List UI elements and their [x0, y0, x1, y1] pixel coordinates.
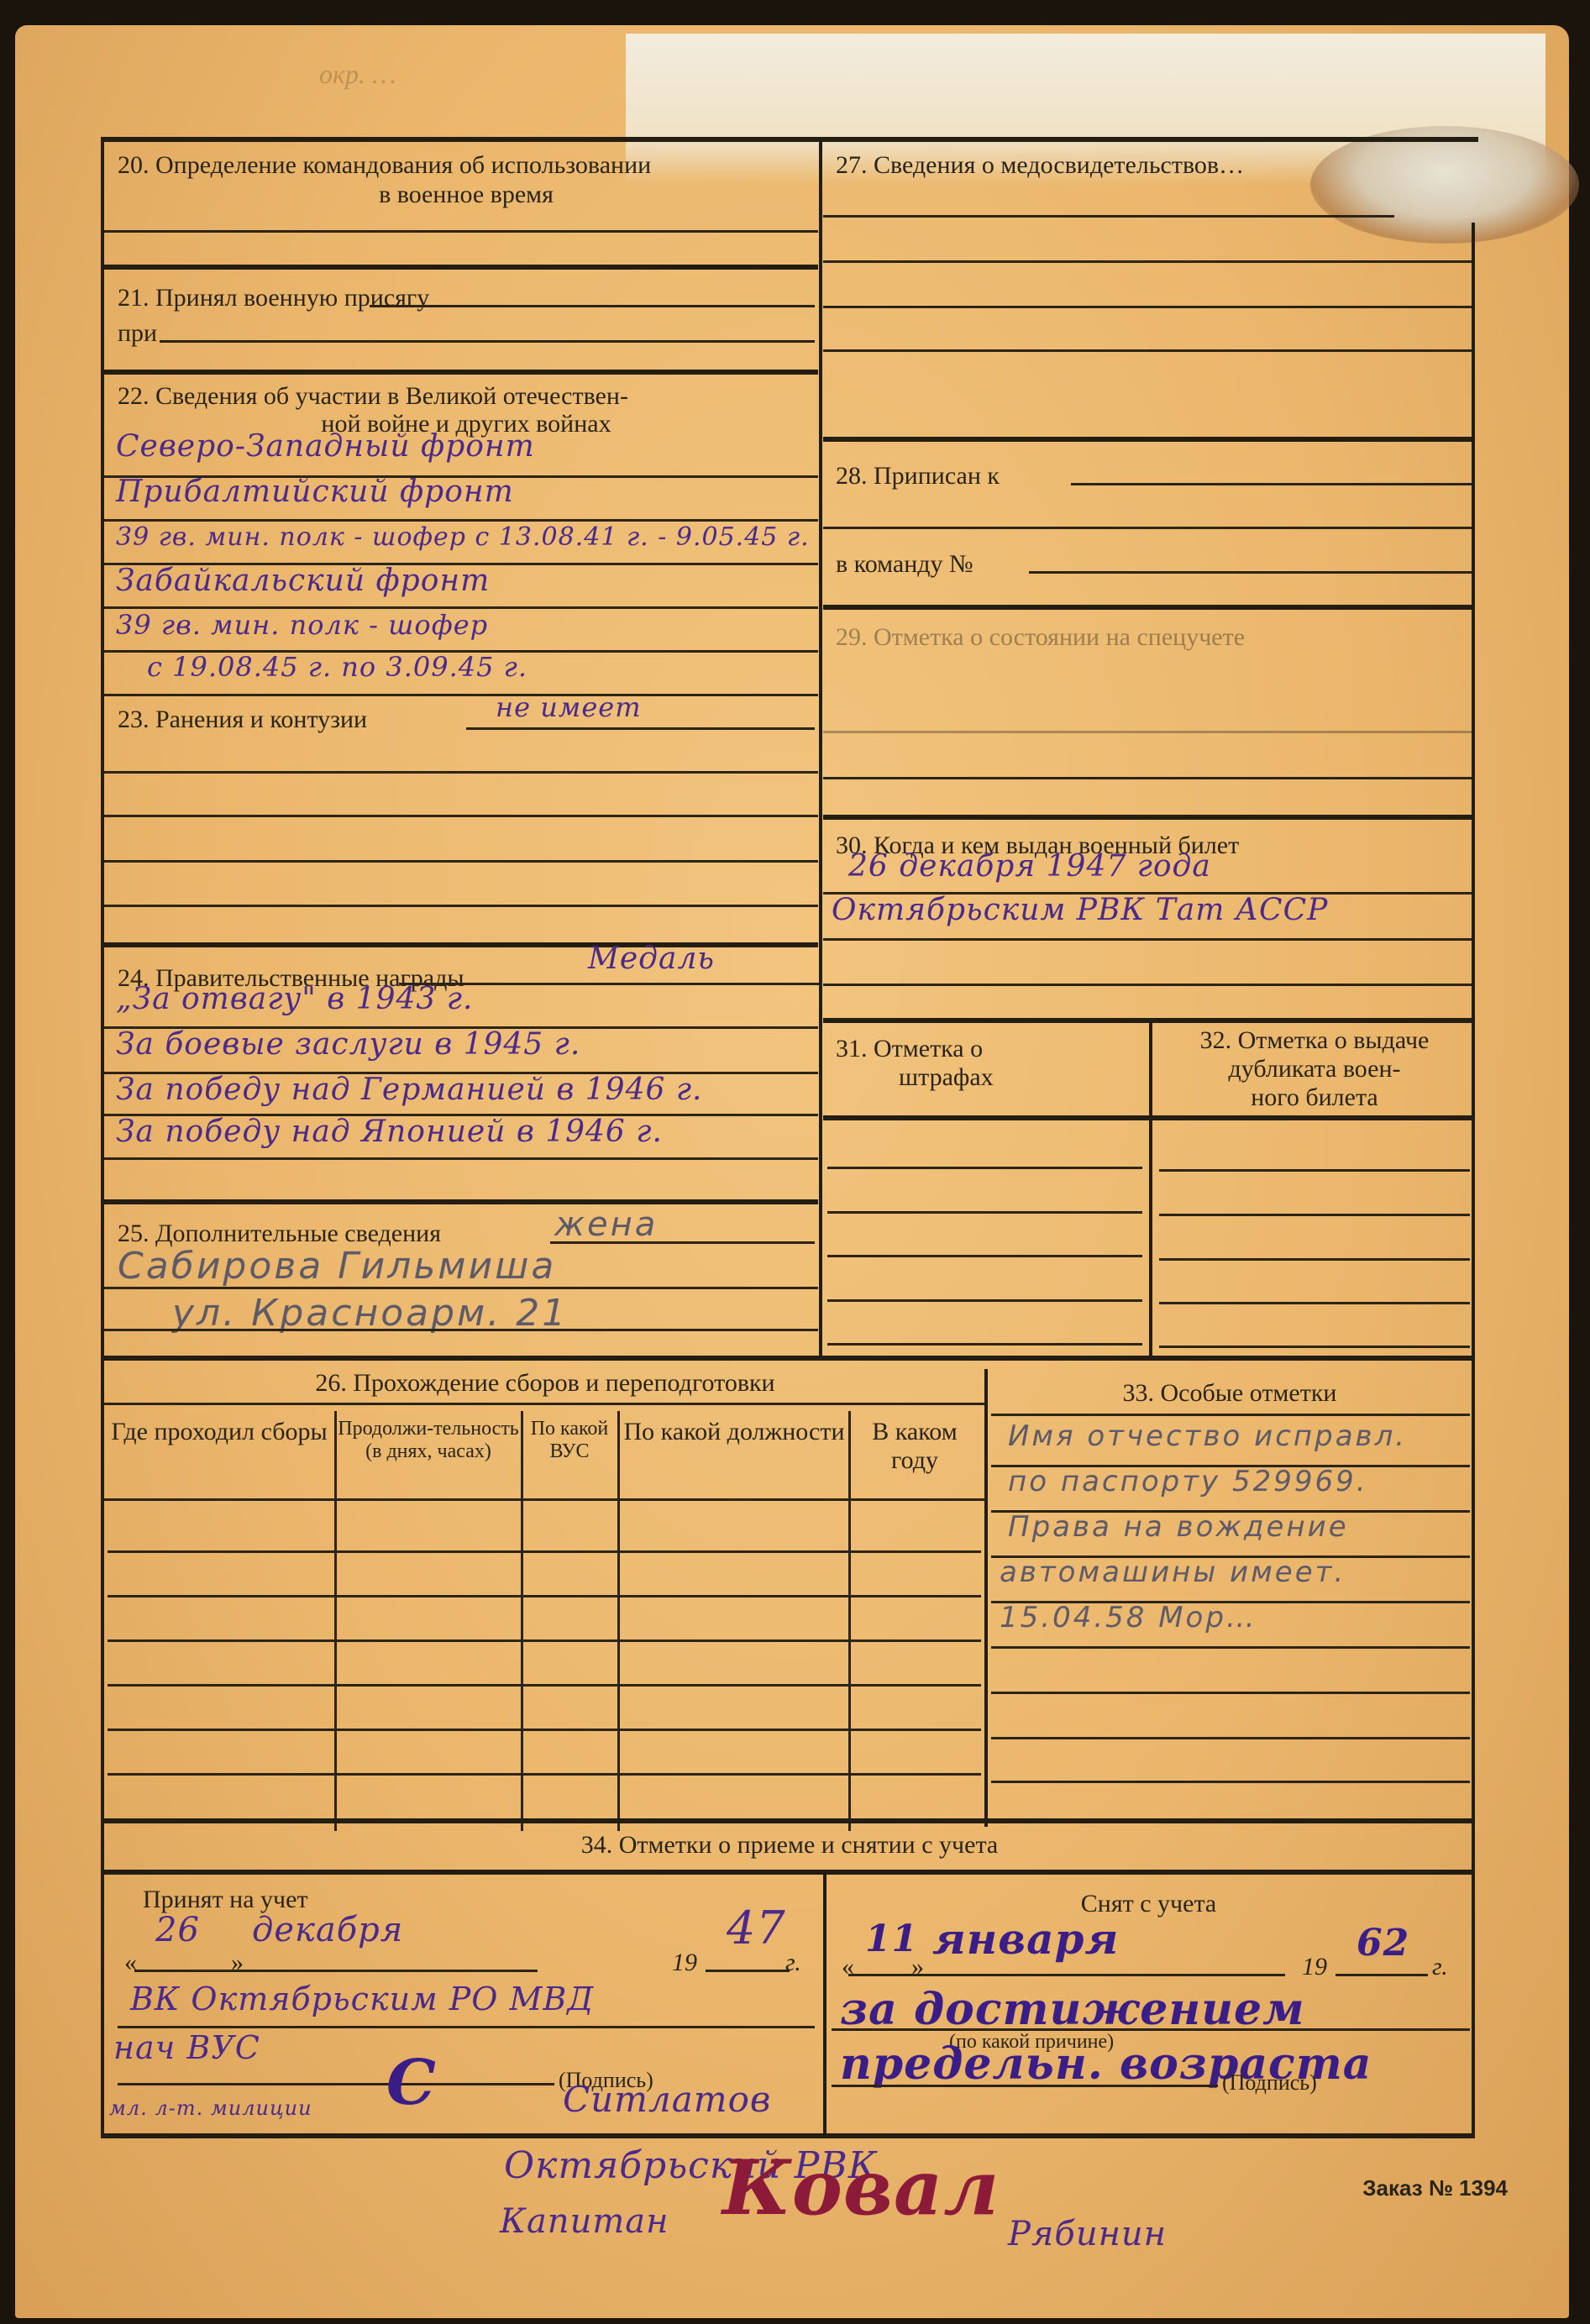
s30-entry-1: 26 декабря 1947 года [848, 850, 1211, 884]
s25-label: 25. Дополнительные сведения [118, 1220, 441, 1248]
s27-line-4 [823, 349, 1472, 352]
s34-removed-label: Снят с учета [827, 1890, 1470, 1918]
s26-col-divider-2 [521, 1411, 523, 1831]
s25-bottom [104, 1356, 1475, 1361]
s28-team-line [1029, 571, 1472, 574]
s26-col-1-header: Где проходил сборы [109, 1418, 329, 1446]
s32-line-5 [1159, 1346, 1470, 1348]
s32-line-3 [1159, 1258, 1470, 1261]
s33-line-5 [991, 1646, 1470, 1649]
s25-value-head: жена [554, 1208, 658, 1241]
s27-line-1 [823, 215, 1394, 218]
s31-line-2 [827, 1211, 1142, 1214]
s32-label-3: ного билета [1157, 1083, 1472, 1112]
s20-label-2: в военное время [118, 181, 815, 209]
faint-header-text: окр. … [319, 59, 396, 90]
s33-entry-5: 15.04.58 Мор… [1000, 1601, 1257, 1634]
order-number: Заказ № 1394 [1362, 2175, 1508, 2201]
s27-label: 27. Сведения о медосвидетельствов… [836, 151, 1244, 180]
s31-s32-divider [1149, 1018, 1152, 1358]
s26-header-bottom [104, 1498, 986, 1501]
s26-row-line-4 [108, 1684, 981, 1687]
s33-title-line [991, 1414, 1470, 1416]
s34-removed-year-line [1335, 1974, 1428, 1976]
s28-bottom [823, 605, 1472, 610]
s22-entry-5: 39 гв. мин. полк - шофер [116, 608, 488, 642]
s23-label: 23. Ранения и контузии [118, 706, 367, 734]
s20-bottom [104, 265, 818, 270]
s34-title: 34. Отметки о приеме и снятии с учета [104, 1831, 1475, 1860]
s26-col-divider-3 [617, 1411, 620, 1831]
s33-line-7 [991, 1737, 1470, 1739]
s30-line-2 [823, 938, 1472, 941]
s33-entry-1: Имя отчество исправл. [1008, 1419, 1407, 1453]
s34-removed-year-prefix: 19 [1302, 1953, 1327, 1981]
s31-line-3 [827, 1255, 1142, 1257]
s34-accepted-year: 47 [727, 1905, 786, 1952]
s24-value-head: Медаль [588, 942, 715, 976]
s21-label: 21. Принял военную присягу [118, 284, 429, 312]
s23-line-3 [104, 815, 818, 817]
s33-title: 33. Особые отметки [988, 1379, 1472, 1408]
s34-accepted-vus: нач ВУС [113, 2031, 260, 2064]
s26-col-divider-4 [848, 1411, 851, 1831]
s22-entry-3: 39 гв. мин. полк - шофер с 13.08.41 г. -… [116, 521, 810, 554]
s22-entry-2: Прибалтийский фронт [116, 475, 514, 509]
s25-line-2 [104, 1329, 818, 1331]
s34-accepted-date-line [134, 1970, 538, 1972]
s24-entry-1: „За отвагу" в 1943 г. [116, 983, 473, 1016]
s23-line [466, 727, 815, 730]
s23-value: не имеет [496, 690, 642, 724]
s34-accepted-signature-mark: С [386, 2049, 437, 2117]
s34-removed-reason: за достижением [840, 1986, 1305, 2033]
s21-sub-label: при [118, 319, 157, 348]
s33-line-6 [991, 1692, 1470, 1694]
s31-label-2: штрафах [899, 1063, 994, 1092]
s34-divider [823, 1875, 826, 2135]
s22-entry-6: с 19.08.45 г. по 3.09.45 г. [147, 650, 527, 684]
s26-row-line-3 [108, 1639, 981, 1642]
s26-row-line-2 [108, 1595, 981, 1597]
column-divider [819, 137, 822, 1359]
paper-stain [1310, 126, 1579, 244]
s22-label: 22. Сведения об участии в Великой отечес… [118, 382, 628, 411]
s31-line-1 [827, 1167, 1142, 1169]
s24-entry-3: За победу над Германией в 1946 г. [116, 1073, 702, 1107]
s34-removed-date-line [848, 1974, 1285, 1976]
s34-removed-signature-label: (Подпись) [1222, 2070, 1317, 2096]
s25-line-1 [104, 1287, 818, 1289]
s21-line [370, 305, 815, 307]
s26-row-line-6 [108, 1773, 981, 1776]
s23-line-4 [104, 860, 818, 863]
s21-line-2 [160, 340, 815, 343]
s27-bottom [823, 437, 1472, 442]
s34-removed-month: января [932, 1917, 1119, 1962]
s27-line-2 [823, 260, 1472, 263]
s23-line-5 [104, 905, 818, 907]
s23-line-2 [104, 771, 818, 774]
s34-accepted-sign-line [118, 2083, 554, 2085]
s20-label: 20. Определение командования об использо… [118, 151, 651, 180]
s25-entry-1: Сабирова Гильмиша [118, 1246, 556, 1287]
s24-entry-2: За боевые заслуги в 1945 г. [116, 1028, 580, 1062]
s24-entry-4: За победу над Японией в 1946 г. [116, 1115, 663, 1149]
s34-removed-day: 11 [865, 1919, 918, 1959]
s26-row-line-1 [108, 1550, 981, 1553]
s26-col-2-header: Продолжи-тельность (в днях, часах) [338, 1418, 519, 1463]
s34-title-line [104, 1870, 1475, 1875]
s28-label: 28. Приписан к [836, 462, 1000, 491]
s32-line-1 [1159, 1169, 1470, 1172]
footer-signature: Ковал [722, 2150, 1000, 2226]
s34-accepted-year-line [706, 1970, 790, 1972]
s34-accepted-day: 26 [155, 1913, 200, 1947]
frame-top-line [101, 137, 1478, 142]
s34-accepted-signature: Ситлатов [563, 2083, 771, 2117]
s33-entry-3: Права на вождение [1008, 1510, 1349, 1544]
s34-accepted-by: ВК Октябрьским РО МВД [130, 1982, 594, 2016]
s28-team-label: в команду № [836, 550, 973, 579]
s29-label: 29. Отметка о состоянии на спецучете [836, 623, 1245, 652]
s33-line-8 [991, 1781, 1470, 1783]
s29-bottom [823, 815, 1472, 820]
s29-line-2 [823, 777, 1472, 779]
s26-title-line [104, 1403, 986, 1405]
s33-entry-4: автомашины имеет. [1000, 1555, 1346, 1589]
s26-col-divider-1 [334, 1411, 337, 1831]
s21-bottom [104, 370, 818, 375]
s31-line-5 [827, 1343, 1142, 1346]
s25-entry-2: ул. Красноарм. 21 [172, 1293, 568, 1334]
s29-line-1 [823, 731, 1472, 733]
s31-label: 31. Отметка о [836, 1035, 983, 1063]
footer-rank: Капитан [500, 2205, 669, 2238]
s32-line-4 [1159, 1302, 1470, 1304]
footer-name: Рябинин [1008, 2217, 1167, 2251]
s30-line-3 [823, 984, 1472, 986]
s34-accepted-by-line [118, 2026, 815, 2028]
s24-line-4 [104, 1157, 818, 1160]
s31-s32-header-bottom [823, 1115, 1472, 1120]
s20-line [104, 230, 818, 233]
frame-bottom-line [101, 2133, 1475, 2138]
s32-label: 32. Отметка о выдаче [1157, 1026, 1472, 1055]
s26-row-line-5 [108, 1729, 981, 1731]
s27-line-3 [823, 306, 1472, 308]
s34-accepted-label: Принят на учет [143, 1886, 308, 1914]
s30-entry-2: Октябрьским РВК Тат АССР [832, 894, 1328, 927]
s31-line-4 [827, 1299, 1142, 1302]
s34-accepted-year-suffix: г. [785, 1949, 801, 1977]
s22-entry-4: Забайкальский фронт [116, 564, 490, 598]
s28-line [1071, 483, 1472, 485]
s33-entry-2: по паспорту 529969. [1008, 1465, 1368, 1498]
s34-removed-year: 62 [1356, 1923, 1409, 1964]
s22-entry-1: Северо-Западный фронт [116, 430, 535, 464]
s34-removed-year-suffix: г. [1432, 1953, 1448, 1981]
s26-s33-divider [984, 1369, 988, 1827]
s26-title: 26. Прохождение сборов и переподготовки [104, 1369, 986, 1398]
s34-removed-sign-line [832, 2085, 1218, 2087]
s30-bottom [823, 1018, 1472, 1023]
s28-line-2 [823, 527, 1472, 529]
s34-removed-reason-line [832, 2028, 1470, 2031]
s34-accepted-rank: мл. л-т. милиции [109, 2091, 312, 2125]
s26-col-5-header: В каком году [852, 1418, 978, 1475]
s34-accepted-year-prefix: 19 [672, 1949, 697, 1977]
s24-bottom [104, 1199, 818, 1204]
s26-col-3-header: По какой ВУС [524, 1418, 615, 1463]
s26-bottom [104, 1818, 1475, 1823]
s22-bottom [104, 694, 818, 696]
s32-line-2 [1159, 1214, 1470, 1216]
s26-col-4-header: По какой должности [622, 1418, 847, 1446]
s32-label-2: дубликата воен- [1157, 1055, 1472, 1083]
s34-accepted-month: декабря [252, 1913, 403, 1947]
